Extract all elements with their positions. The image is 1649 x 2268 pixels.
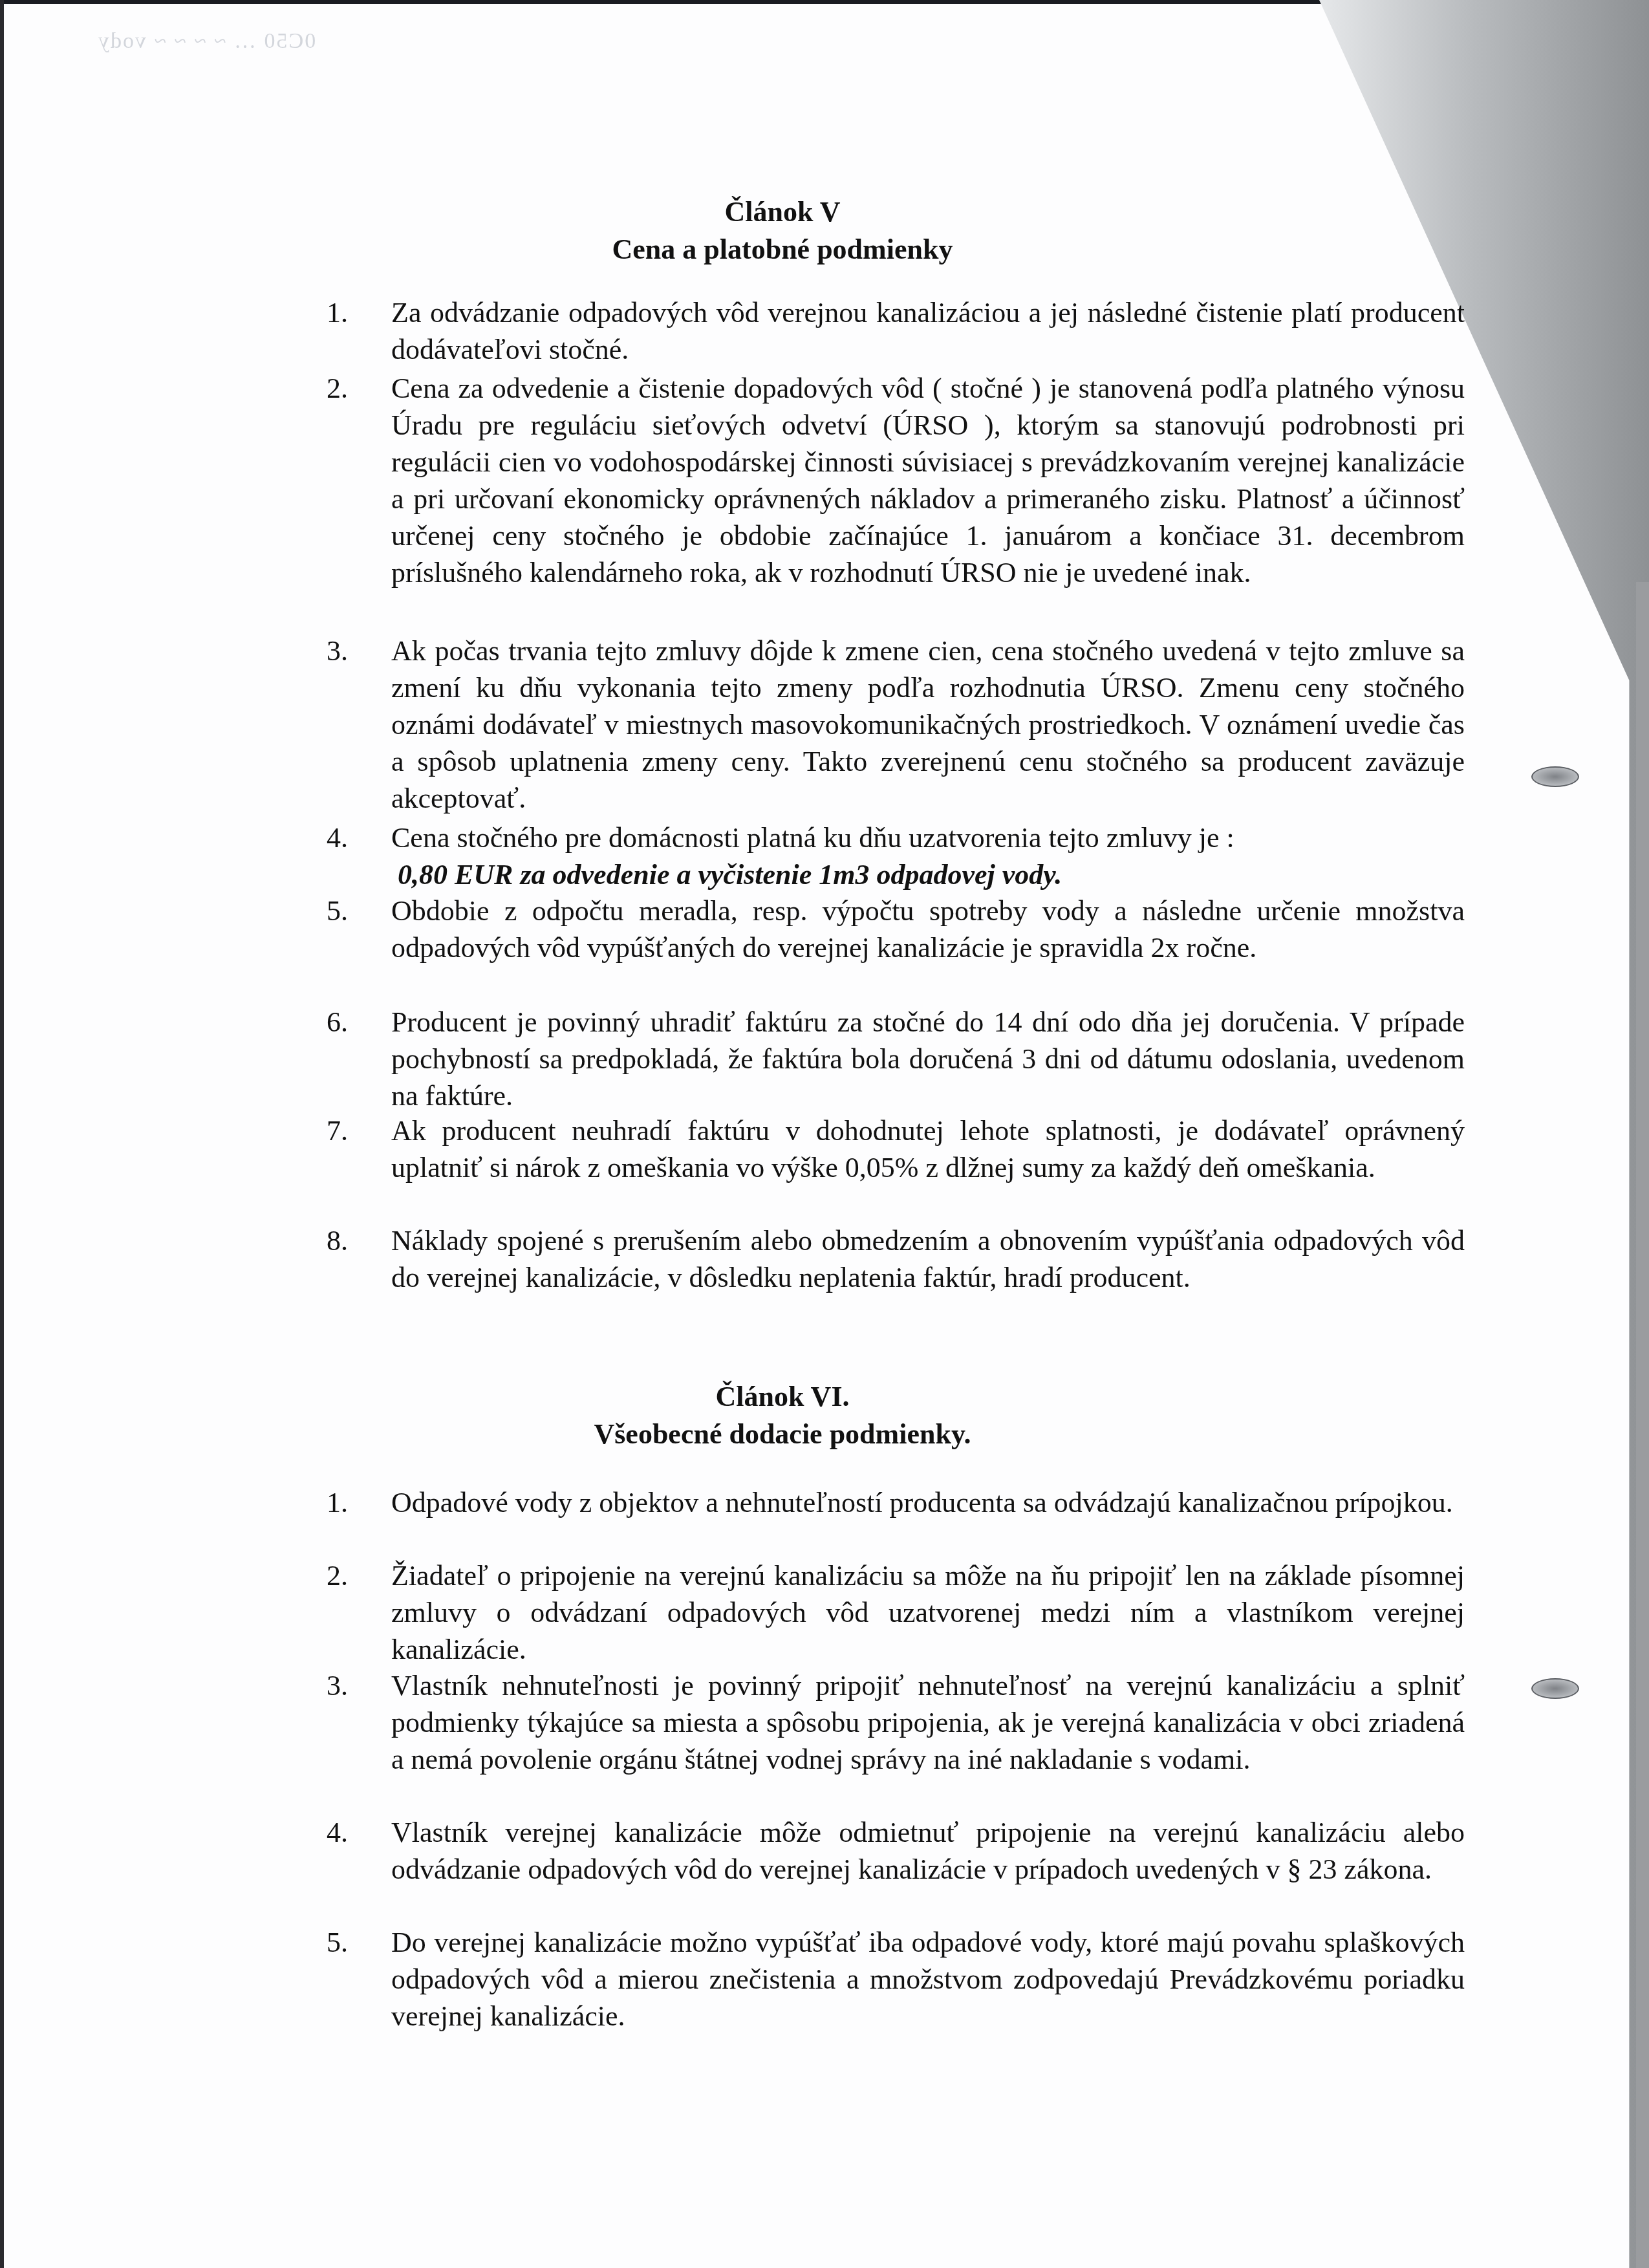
item-number: 5. bbox=[327, 892, 348, 929]
item-number: 7. bbox=[327, 1112, 348, 1149]
item-number: 3. bbox=[327, 632, 348, 669]
item-text: Cena za odvedenie a čistenie dopadových … bbox=[391, 370, 1465, 591]
item-text: Do verejnej kanalizácie možno vypúšťať i… bbox=[391, 1924, 1465, 2035]
item-text: Cena stočného pre domácnosti platná ku d… bbox=[391, 819, 1465, 893]
article-5-heading: Článok V bbox=[0, 194, 1565, 230]
item-text: Vlastník verejnej kanalizácie môže odmie… bbox=[391, 1814, 1465, 1888]
document-page: Článok V Cena a platobné podmienky 1. Za… bbox=[0, 0, 1649, 2268]
item-text: Ak počas trvania tejto zmluvy dôjde k zm… bbox=[391, 632, 1465, 817]
item-number: 2. bbox=[327, 370, 348, 407]
item-number: 8. bbox=[327, 1222, 348, 1259]
item-text: Náklady spojené s prerušením alebo obmed… bbox=[391, 1222, 1465, 1296]
item-text-main: Cena stočného pre domácnosti platná ku d… bbox=[391, 822, 1234, 854]
item-number: 6. bbox=[327, 1004, 348, 1041]
item-text: Vlastník nehnuteľnosti je povinný pripoj… bbox=[391, 1667, 1465, 1778]
item-number: 4. bbox=[327, 819, 348, 856]
item-text: Obdobie z odpočtu meradla, resp. výpočtu… bbox=[391, 892, 1465, 966]
item-number: 5. bbox=[327, 1924, 348, 1961]
article-6-heading: Článok VI. bbox=[0, 1379, 1565, 1415]
item-text: Žiadateľ o pripojenie na verejnú kanaliz… bbox=[391, 1557, 1465, 1668]
item-number: 3. bbox=[327, 1667, 348, 1704]
article-5-subheading: Cena a platobné podmienky bbox=[0, 232, 1565, 268]
item-number: 2. bbox=[327, 1557, 348, 1594]
item-text: Za odvádzanie odpadových vôd verejnou ka… bbox=[391, 294, 1465, 368]
item-text: Producent je povinný uhradiť faktúru za … bbox=[391, 1004, 1465, 1114]
item-text: Odpadové vody z objektov a nehnuteľností… bbox=[391, 1484, 1465, 1521]
item-number: 4. bbox=[327, 1814, 348, 1851]
item-text: Ak producent neuhradí faktúru v dohodnut… bbox=[391, 1112, 1465, 1186]
article-6-subheading: Všeobecné dodacie podmienky. bbox=[0, 1416, 1565, 1453]
item-number: 1. bbox=[327, 294, 348, 331]
price-highlight: 0,80 EUR za odvedenie a vyčistenie 1m3 o… bbox=[391, 856, 1465, 893]
item-number: 1. bbox=[327, 1484, 348, 1521]
